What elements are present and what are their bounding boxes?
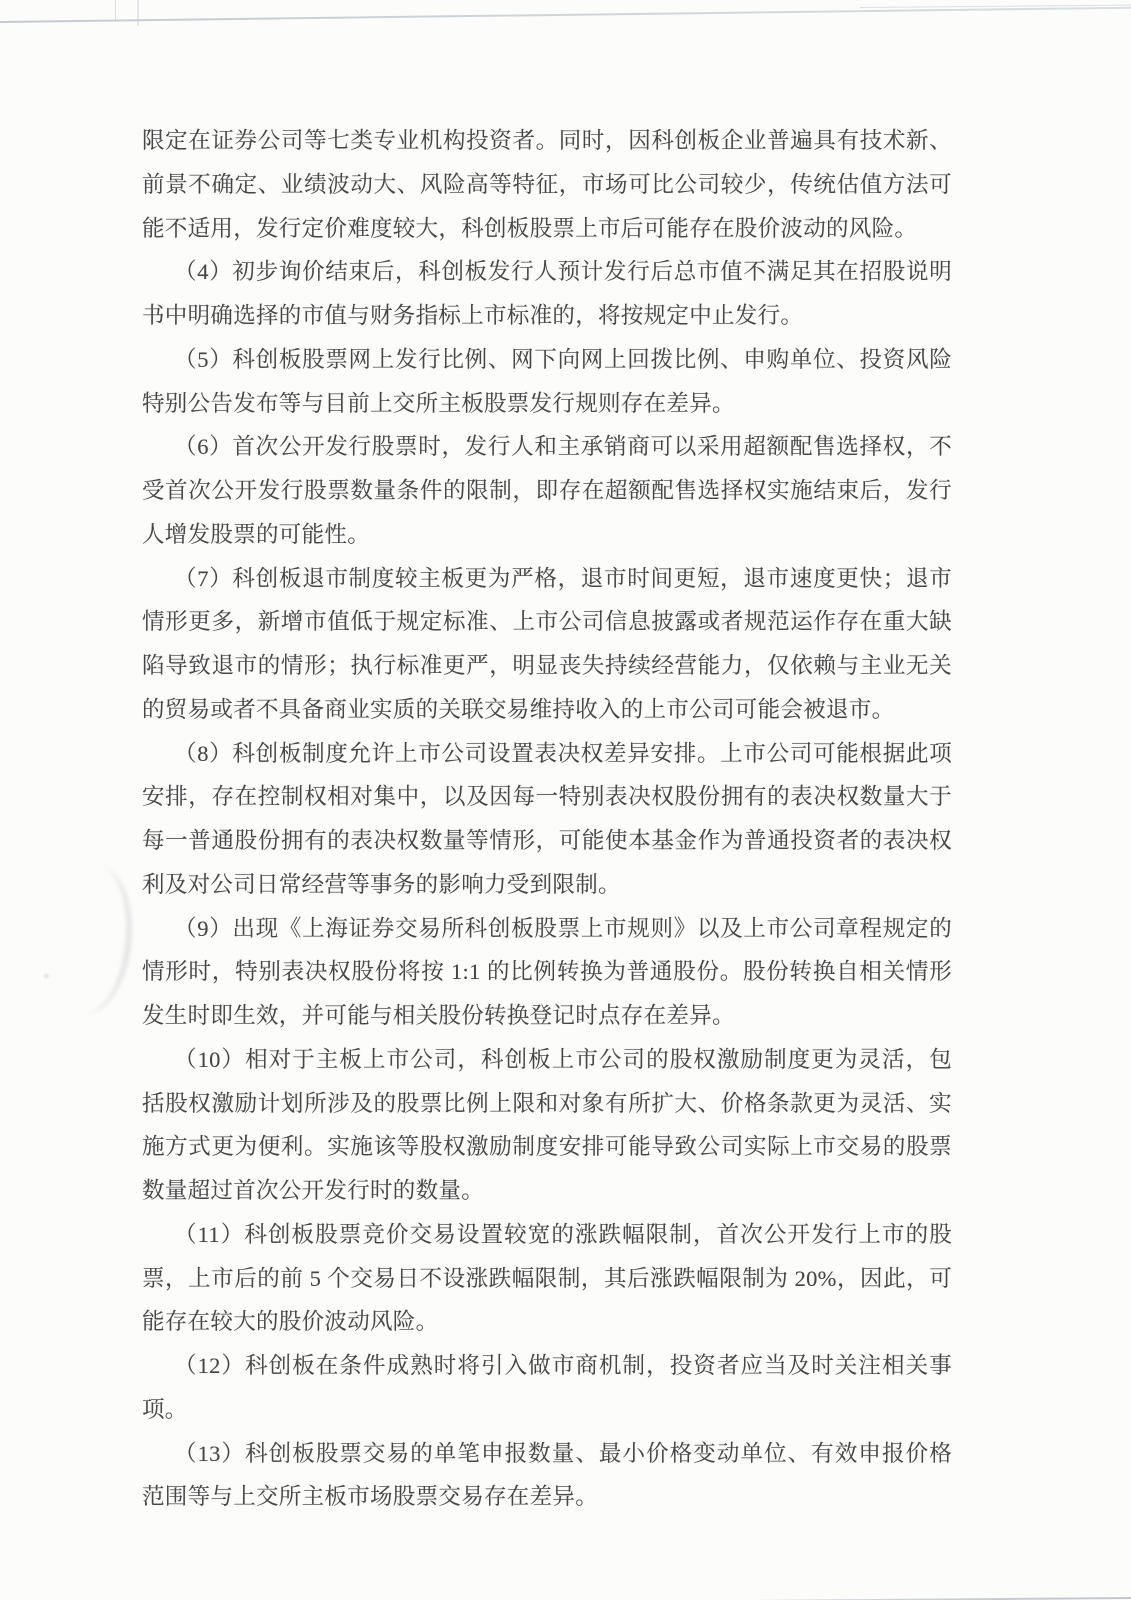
text-line: 限定在证券公司等七类专业机构投资者。同时，因科创板企业普遍具有技术新、 [142,119,952,163]
text-line: （4）初步询价结束后，科创板发行人预计发行后总市值不满足其在招股说明 [142,250,952,294]
text-line: （10）相对于主板上市公司，科创板上市公司的股权激励制度更为灵活，包 [142,1038,952,1082]
scan-smudge [44,974,49,978]
text-line: （5）科创板股票网上发行比例、网下向网上回拨比例、申购单位、投资风险 [142,338,952,382]
text-line: 特别公告发布等与目前上交所主板股票发行规则存在差异。 [142,382,952,426]
text-line: 每一普通股份拥有的表决权数量等情形，可能使本基金作为普通投资者的表决权 [142,819,952,863]
text-line: 情形更多，新增市值低于规定标准、上市公司信息披露或者规范运作存在重大缺 [142,600,952,644]
text-line: 发生时即生效，并可能与相关股份转换登记时点存在差异。 [142,994,952,1038]
text-line: 前景不确定、业绩波动大、风险高等特征，市场可比公司较少，传统估值方法可 [142,163,952,207]
document-text: 限定在证券公司等七类专业机构投资者。同时，因科创板企业普遍具有技术新、前景不确定… [142,119,952,1519]
document-page: 限定在证券公司等七类专业机构投资者。同时，因科创板企业普遍具有技术新、前景不确定… [0,0,1131,1600]
text-line: 受首次公开发行股票数量条件的限制，即存在超额配售选择权实施结束后，发行 [142,469,952,513]
text-line: （9）出现《上海证券交易所科创板股票上市规则》以及上市公司章程规定的 [142,907,952,951]
text-line: 能不适用，发行定价难度较大，科创板股票上市后可能存在股价波动的风险。 [142,207,952,251]
text-line: 施方式更为便利。实施该等股权激励制度安排可能导致公司实际上市交易的股票 [142,1125,952,1169]
text-line: 情形时，特别表决权股份将按 1:1 的比例转换为普通股份。股份转换自相关情形 [142,950,952,994]
scan-fold-tick [137,0,139,26]
text-line: 的贸易或者不具备商业实质的关联交易维持收入的上市公司可能会被退市。 [142,688,952,732]
text-line: 项。 [142,1388,952,1432]
text-line: 书中明确选择的市值与财务指标上市标准的，将按规定中止发行。 [142,294,952,338]
scan-fold-tick [115,0,116,22]
text-line: （11）科创板股票竞价交易设置较宽的涨跌幅限制，首次公开发行上市的股 [142,1213,952,1257]
text-line: 安排，存在控制权相对集中，以及因每一特别表决权股份拥有的表决权数量大于 [142,775,952,819]
text-line: 括股权激励计划所涉及的股票比例上限和对象有所扩大、价格条款更为灵活、实 [142,1082,952,1126]
text-line: 数量超过首次公开发行时的数量。 [142,1169,952,1213]
text-line: 利及对公司日常经营等事务的影响力受到限制。 [142,863,952,907]
scan-smudge [44,862,138,1017]
text-line: （7）科创板退市制度较主板更为严格，退市时间更短，退市速度更快；退市 [142,557,952,601]
text-line: （13）科创板股票交易的单笔申报数量、最小价格变动单位、有效申报价格 [142,1432,952,1476]
text-line: （8）科创板制度允许上市公司设置表决权差异安排。上市公司可能根据此项 [142,732,952,776]
text-line: 票，上市后的前 5 个交易日不设涨跌幅限制，其后涨跌幅限制为 20%，因此，可 [142,1257,952,1301]
scan-crease-top [0,7,1131,23]
text-line: （6）首次公开发行股票时，发行人和主承销商可以采用超额配售选择权，不 [142,425,952,469]
text-line: 范围等与上交所主板市场股票交易存在差异。 [142,1475,952,1519]
text-line: 人增发股票的可能性。 [142,513,952,557]
text-line: 陷导致退市的情形；执行标准更严，明显丧失持续经营能力，仅依赖与主业无关 [142,644,952,688]
text-line: （12）科创板在条件成熟时将引入做市商机制，投资者应当及时关注相关事 [142,1344,952,1388]
text-line: 能存在较大的股价波动风险。 [142,1300,952,1344]
